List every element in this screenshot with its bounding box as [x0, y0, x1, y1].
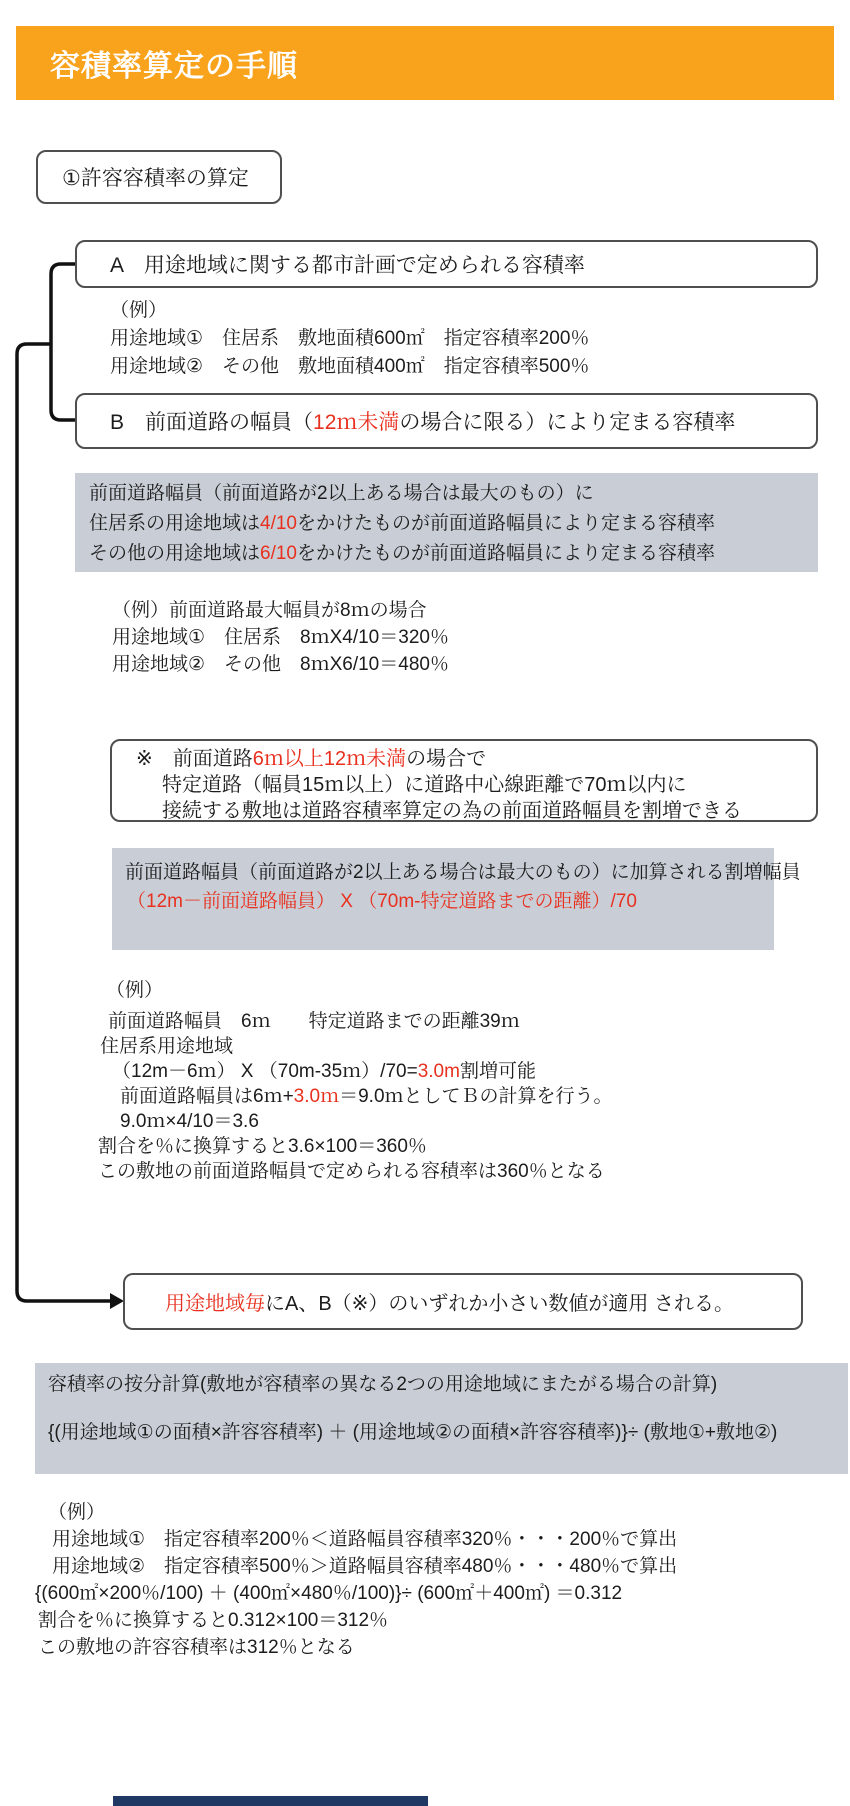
text-segment: 用途地域① 住居系 8ｍX4/10＝320％	[112, 627, 449, 648]
highlighted-text: 6/10	[260, 543, 297, 564]
text-line: 住居系用途地域	[98, 1034, 613, 1059]
text-segment: 容積率の按分計算(敷地が容積率の異なる2つの用途地域にまたがる場合の計算)	[48, 1374, 717, 1395]
text-segment: この敷地の前面道路幅員で定められる容積率は360％となる	[98, 1161, 605, 1182]
text-line: 用途地域② その他 8ｍX6/10＝480％	[112, 651, 449, 678]
text-line: 特定道路（幅員15ｍ以上）に道路中心線距離で70ｍ以内に	[136, 772, 816, 798]
text-segment: 特定道路（幅員15ｍ以上）に道路中心線距離で70ｍ以内に	[162, 774, 687, 796]
box-b: B 前面道路の幅員（12ｍ未満の場合に限る）により定まる容積率	[75, 393, 818, 449]
text-line: その他の用途地域は6/10をかけたものが前面道路幅員により定まる容積率	[89, 539, 818, 569]
text-segment: 用途地域① 住居系 敷地面積600㎡ 指定容積率200％	[110, 328, 589, 349]
example-b: （例）前面道路最大幅員が8ｍの場合用途地域① 住居系 8ｍX4/10＝320％用…	[112, 597, 449, 678]
text-line: 前面道路幅員（前面道路が2以上ある場合は最大のもの）に加算される割増幅員	[125, 858, 774, 887]
text-segment: ＝9.0ｍとしてＢの計算を行う。	[339, 1086, 612, 1107]
apply-rule-box: 用途地域毎にA、B（※）のいずれか小さい数値が適用 される。	[123, 1273, 803, 1330]
highlighted-text: 3.0m	[418, 1061, 460, 1082]
rule-road-width-box: 前面道路幅員（前面道路が2以上ある場合は最大のもの）に住居系の用途地域は4/10…	[75, 473, 818, 572]
text-line: 用途地域① 指定容積率200％＜道路幅員容積率320％・・・200％で算出	[35, 1526, 677, 1553]
text-line: {(用途地域①の面積×許容容積率) ＋ (用途地域②の面積×許容容積率)}÷ (…	[48, 1420, 848, 1446]
highlighted-text: 6ｍ以上12ｍ未満	[253, 748, 406, 770]
highlighted-text: 用途地域毎	[165, 1293, 265, 1315]
next-section-bar	[113, 1796, 428, 1806]
text-segment: 用途地域② 指定容積率500％＞道路幅員容積率480％・・・480％で算出	[52, 1556, 677, 1577]
text-segment: ※ 前面道路	[136, 748, 253, 770]
rule-proration-box: 容積率の按分計算(敷地が容積率の異なる2つの用途地域にまたがる場合の計算){(用…	[35, 1363, 848, 1474]
text-line: A 用途地域に関する都市計画で定められる容積率	[110, 249, 585, 279]
text-line: B 前面道路の幅員（12ｍ未満の場合に限る）により定まる容積率	[110, 406, 735, 436]
text-segment: 前面道路幅員 6ｍ 特定道路までの距離39ｍ	[108, 1011, 520, 1032]
text-line: （12m－6ｍ） X （70m-35ｍ）/70=3.0m割増可能	[98, 1059, 613, 1084]
text-line: （12m－前面道路幅員） X （70m-特定道路までの距離）/70	[125, 887, 774, 916]
text-segment: 用途地域① 指定容積率200％＜道路幅員容積率320％・・・200％で算出	[52, 1529, 677, 1550]
text-line: ※ 前面道路6ｍ以上12ｍ未満の場合で	[136, 746, 816, 772]
text-segment: （例）	[48, 1502, 105, 1523]
banner: 容積率算定の手順	[16, 26, 834, 100]
page-title: 容積率算定の手順	[50, 41, 298, 85]
text-segment: 用途地域② その他 敷地面積400㎡ 指定容積率500％	[110, 356, 589, 377]
text-line: この敷地の前面道路幅員で定められる容積率は360％となる	[98, 1159, 613, 1184]
text-line: 容積率の按分計算(敷地が容積率の異なる2つの用途地域にまたがる場合の計算)	[48, 1372, 848, 1398]
text-segment: {(600㎡×200％/100) ＋ (400㎡×480％/100)}÷ (60…	[35, 1583, 622, 1604]
text-line: 用途地域② 指定容積率500％＞道路幅員容積率480％・・・480％で算出	[35, 1553, 677, 1580]
text-segment: A 用途地域に関する都市計画で定められる容積率	[110, 254, 585, 277]
note-bonus-box: ※ 前面道路6ｍ以上12ｍ未満の場合で特定道路（幅員15ｍ以上）に道路中心線距離…	[110, 739, 818, 822]
text-line: 割合を％に換算すると3.6×100＝360％	[98, 1134, 613, 1159]
text-line: 接続する敷地は道路容積率算定の為の前面道路幅員を割増できる	[136, 798, 816, 824]
text-segment: 接続する敷地は道路容積率算定の為の前面道路幅員を割増できる	[162, 800, 742, 822]
text-segment: 割合を％に換算すると3.6×100＝360％	[98, 1136, 427, 1157]
text-line: 前面道路幅員は6ｍ+3.0ｍ＝9.0ｍとしてＢの計算を行う。	[98, 1084, 613, 1109]
text-segment: 前面道路幅員は6ｍ+	[120, 1086, 294, 1107]
example-d: （例）用途地域① 指定容積率200％＜道路幅員容積率320％・・・200％で算出…	[35, 1499, 677, 1661]
text-line: 用途地域② その他 敷地面積400㎡ 指定容積率500％	[110, 353, 589, 381]
arrowhead-icon	[110, 1293, 124, 1309]
text-line: （例）前面道路最大幅員が8ｍの場合	[112, 597, 449, 624]
text-line: 用途地域① 住居系 8ｍX4/10＝320％	[112, 624, 449, 651]
example-c: （例）前面道路幅員 6ｍ 特定道路までの距離39ｍ住居系用途地域（12m－6ｍ）…	[98, 978, 613, 1184]
text-segment: その他の用途地域は	[89, 543, 260, 564]
rule-bonus-box: 前面道路幅員（前面道路が2以上ある場合は最大のもの）に加算される割増幅員（12m…	[112, 848, 774, 950]
text-segment: （例）前面道路最大幅員が8ｍの場合	[112, 600, 427, 621]
page: 容積率算定の手順 ①許容容積率の算定 A 用途地域に関する都市計画で定められる容…	[0, 0, 850, 1806]
text-line: {(600㎡×200％/100) ＋ (400㎡×480％/100)}÷ (60…	[35, 1580, 677, 1607]
text-segment: 前面道路幅員（前面道路が2以上ある場合は最大のもの）に	[89, 483, 594, 504]
example-a: （例）用途地域① 住居系 敷地面積600㎡ 指定容積率200％用途地域② その他…	[110, 297, 589, 381]
text-segment: （例）	[110, 300, 167, 321]
text-segment: {(用途地域①の面積×許容容積率) ＋ (用途地域②の面積×許容容積率)}÷ (…	[48, 1422, 777, 1443]
text-line: 住居系の用途地域は4/10をかけたものが前面道路幅員により定まる容積率	[89, 509, 818, 539]
highlighted-text: 3.0ｍ	[294, 1086, 339, 1107]
text-segment: 用途地域② その他 8ｍX6/10＝480％	[112, 654, 449, 675]
text-segment: B 前面道路の幅員（	[110, 411, 313, 434]
bracket-a-b-connector	[51, 264, 75, 420]
highlighted-text: （12m－前面道路幅員） X （70m-特定道路までの距離）/70	[127, 891, 637, 912]
text-line: 前面道路幅員 6ｍ 特定道路までの距離39ｍ	[98, 1009, 613, 1034]
box-a: A 用途地域に関する都市計画で定められる容積率	[75, 240, 818, 288]
text-line: 割合を％に換算すると0.312×100＝312％	[35, 1607, 677, 1634]
text-line: 用途地域① 住居系 敷地面積600㎡ 指定容積率200％	[110, 325, 589, 353]
step1-box: ①許容容積率の算定	[36, 150, 282, 204]
text-segment: （12m－6ｍ） X （70m-35ｍ）/70=	[112, 1061, 418, 1082]
text-segment: の場合で	[406, 748, 486, 770]
text-segment: 割増可能	[460, 1061, 536, 1082]
text-line: （例）	[110, 297, 589, 325]
text-segment: 住居系の用途地域は	[89, 513, 260, 534]
step1-label: ①許容容積率の算定	[62, 162, 249, 192]
text-segment: 住居系用途地域	[100, 1036, 233, 1057]
text-segment: の場合に限る）により定まる容積率	[399, 411, 735, 434]
text-line: 前面道路幅員（前面道路が2以上ある場合は最大のもの）に	[89, 479, 818, 509]
text-line: この敷地の許容容積率は312％となる	[35, 1634, 677, 1661]
highlighted-text: 12ｍ未満	[313, 411, 399, 434]
text-line: （例）	[35, 1499, 677, 1526]
text-line: 9.0ｍ×4/10＝3.6	[98, 1109, 613, 1134]
text-segment: この敷地の許容容積率は312％となる	[38, 1637, 355, 1658]
text-segment: をかけたものが前面道路幅員により定まる容積率	[297, 513, 715, 534]
text-segment: 割合を％に換算すると0.312×100＝312％	[38, 1610, 388, 1631]
text-line: （例）	[98, 978, 613, 1003]
text-segment: （例）	[106, 980, 163, 1001]
text-segment: 9.0ｍ×4/10＝3.6	[120, 1111, 259, 1132]
text-segment: をかけたものが前面道路幅員により定まる容積率	[297, 543, 715, 564]
text-line: 用途地域毎にA、B（※）のいずれか小さい数値が適用 される。	[165, 1287, 734, 1316]
highlighted-text: 4/10	[260, 513, 297, 534]
text-segment: にA、B（※）のいずれか小さい数値が適用 される。	[265, 1293, 734, 1315]
text-segment: 前面道路幅員（前面道路が2以上ある場合は最大のもの）に加算される割増幅員	[125, 862, 801, 883]
